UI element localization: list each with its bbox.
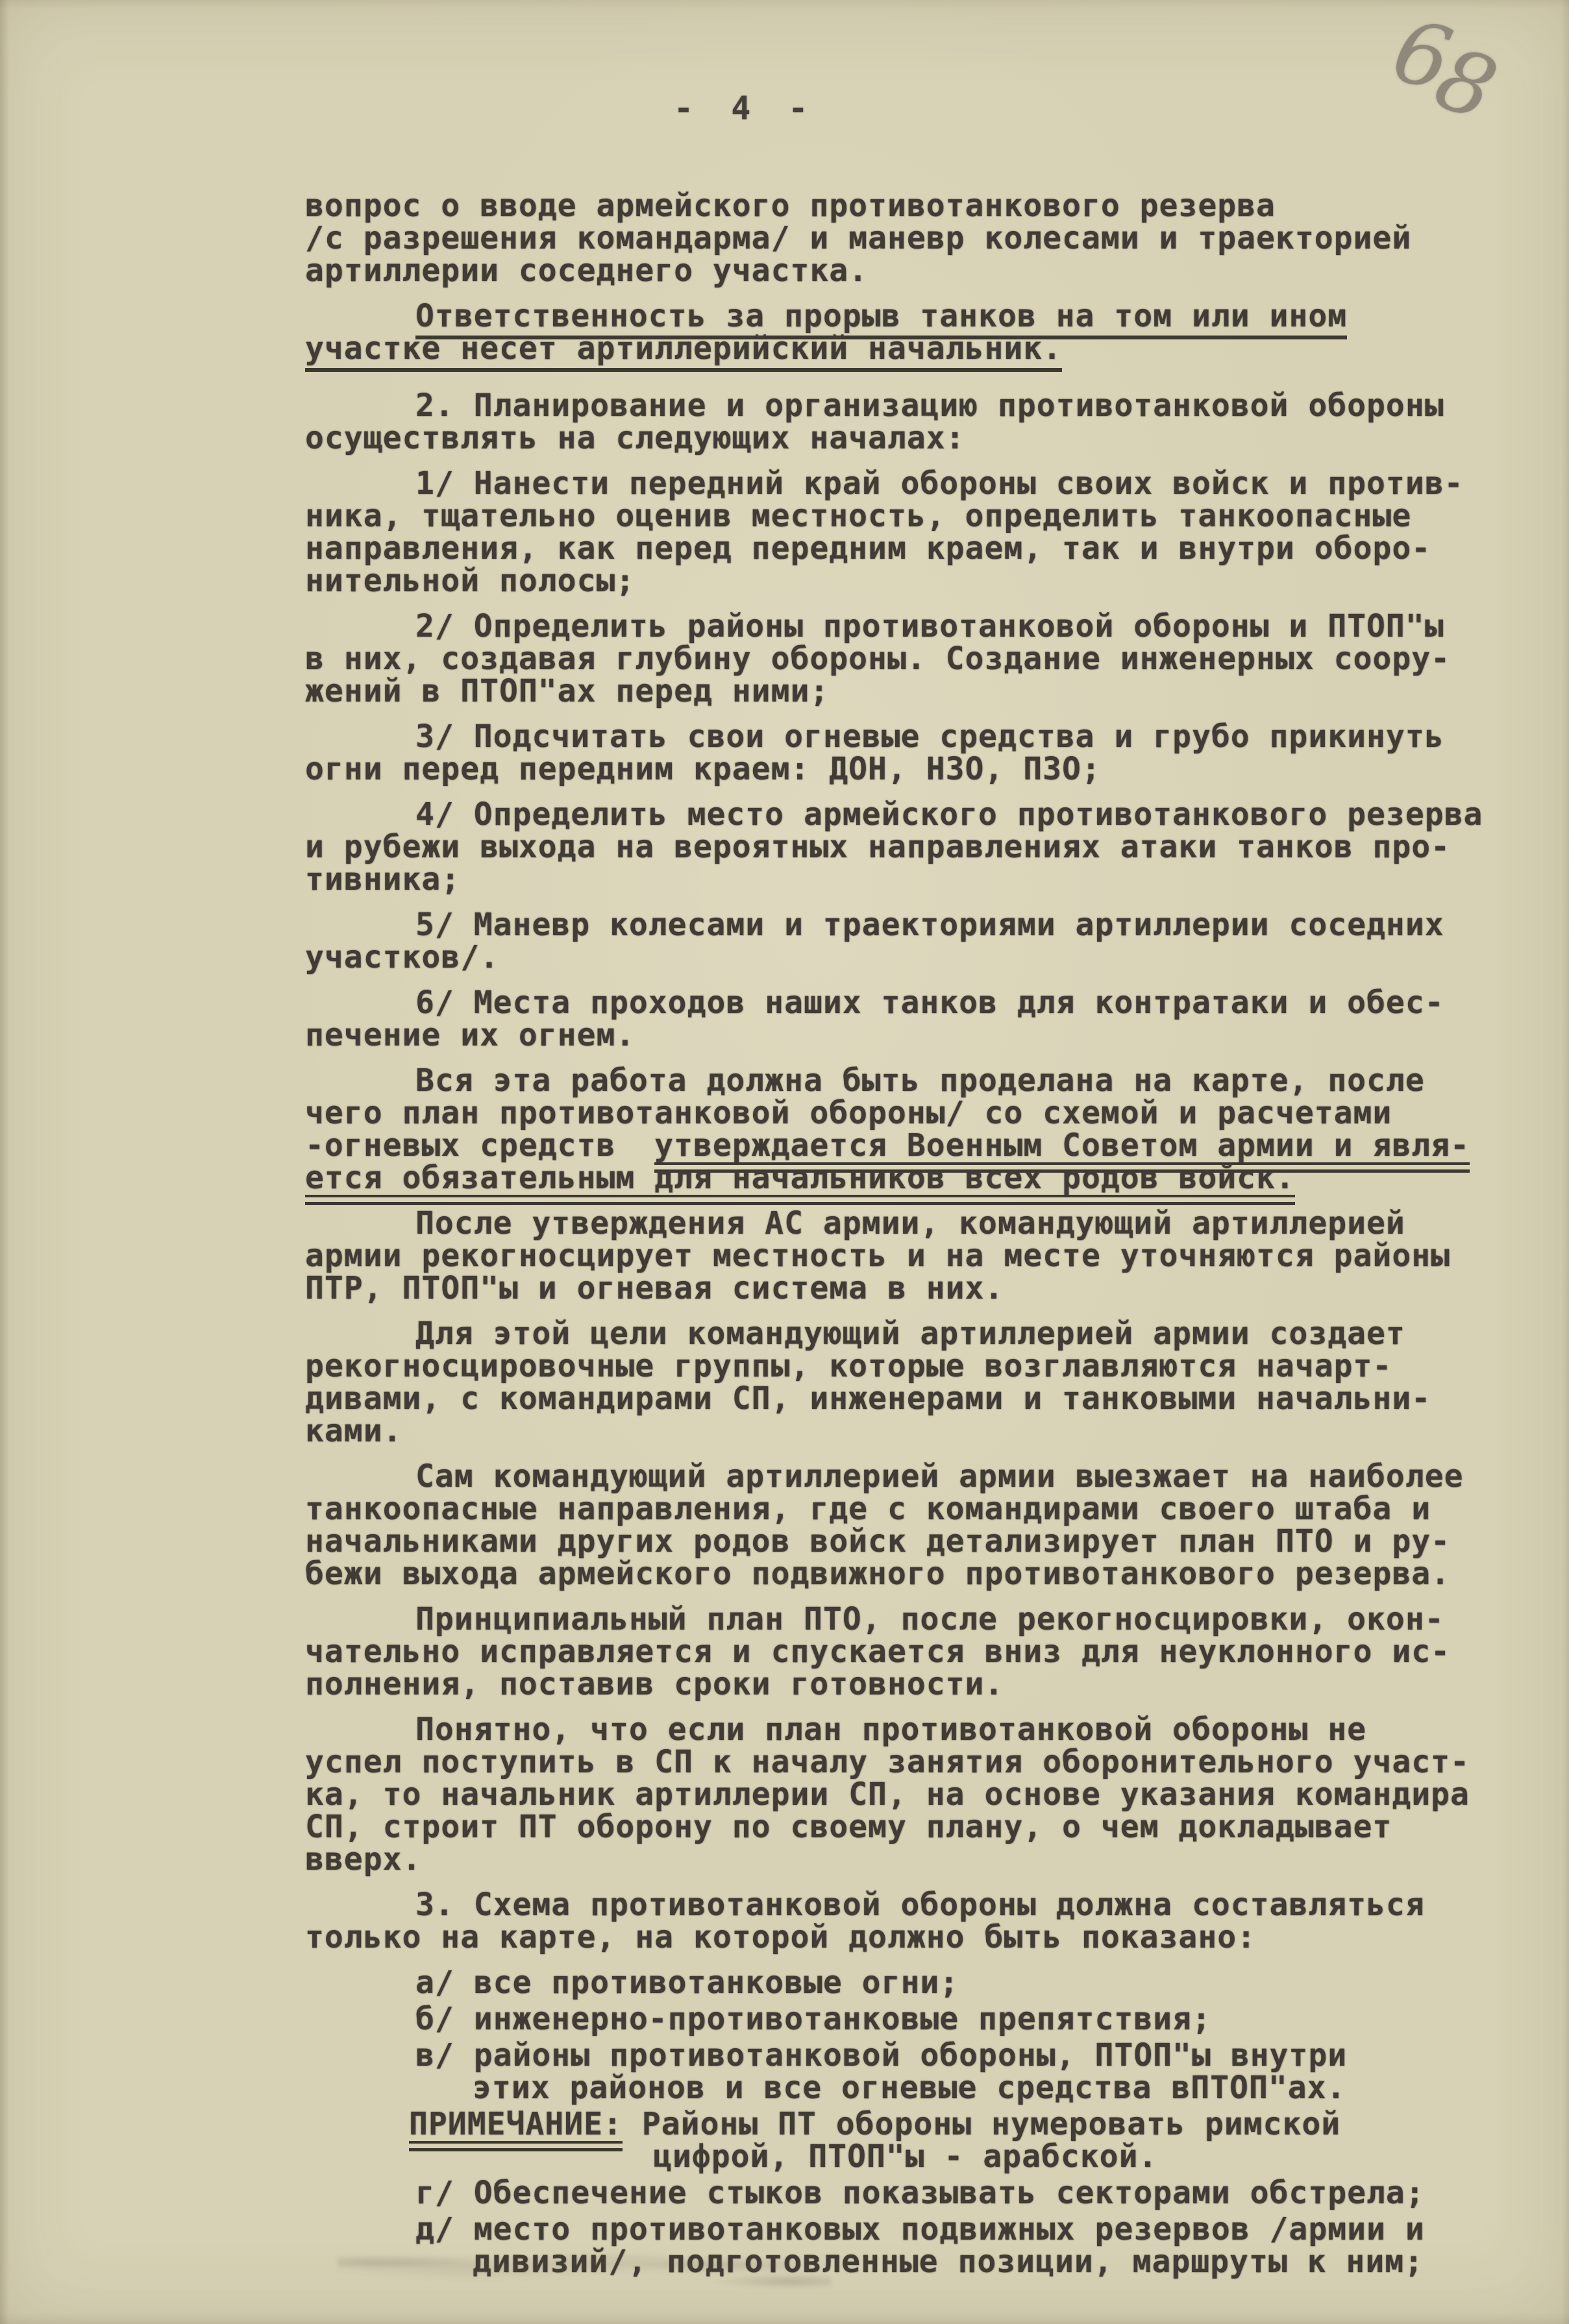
text-line: осуществлять на следующих началах: xyxy=(305,422,1538,454)
text-line: г/ Обеспечение стыков показывать сектора… xyxy=(305,2177,1538,2209)
text-line: СП, строит ПТ оборону по своему плану, о… xyxy=(305,1811,1538,1843)
text-line: Сам командующий артиллерией армии выезжа… xyxy=(305,1460,1538,1493)
underlined-text: участке несет артиллерийский начальник. xyxy=(305,330,1062,372)
text-line: дивами, с командирами СП, инженерами и т… xyxy=(305,1382,1538,1415)
text-line: 1/ Нанести передний край обороны своих в… xyxy=(305,467,1538,500)
text-line: успел поступить в СП к началу занятия об… xyxy=(305,1746,1538,1778)
underlined-text: ется обязательным для начальников всех р… xyxy=(305,1160,1295,1205)
text-line: этих районов и все огневые средства вПТО… xyxy=(305,2072,1538,2104)
text-line: участков/. xyxy=(305,941,1538,973)
text-line: 2. Планирование и организацию противотан… xyxy=(305,389,1538,422)
text-line: Понятно, что если план противотанковой о… xyxy=(305,1713,1538,1746)
handwritten-page-number: 68 xyxy=(1385,8,1501,115)
text-line: начальниками других родов войск детализи… xyxy=(305,1525,1538,1558)
text-line: вверх. xyxy=(305,1843,1538,1876)
text-line: а/ все противотанковые огни; xyxy=(305,1966,1538,1999)
text-line: бежи выхода армейского подвижного против… xyxy=(305,1558,1538,1590)
page-number: - 4 - xyxy=(674,90,817,127)
text-line: жений в ПТОП"ах перед ними; xyxy=(305,675,1538,707)
text-line: После утверждения АС армии, командующий … xyxy=(305,1207,1538,1240)
list-item-b: б/ инженерно-противотанковые препятствия… xyxy=(305,2003,1538,2035)
text-line: вопрос о вводе армейского противотанково… xyxy=(305,190,1538,222)
text-line: 4/ Определить место армейского противота… xyxy=(305,798,1538,831)
text-line: 2/ Определить районы противотанковой обо… xyxy=(305,610,1538,642)
text-line: артиллерии соседнего участка. xyxy=(305,254,1538,287)
text-line: /с разрешения командарма/ и маневр колес… xyxy=(305,222,1538,254)
text-line: армии рекогносцирует местность и на мест… xyxy=(305,1240,1538,1272)
subitem-4: 4/ Определить место армейского противота… xyxy=(305,798,1538,896)
text-line: печение их огнем. xyxy=(305,1019,1538,1051)
text-line: 3/ Подсчитать свои огневые средства и гр… xyxy=(305,720,1538,753)
text-line: огни перед передним краем: ДОН, НЗО, ПЗО… xyxy=(305,753,1538,785)
text-line: ками. xyxy=(305,1415,1538,1447)
text-segment: -огневых средств xyxy=(305,1127,654,1164)
text-segment: Районы ПТ обороны нумеровать римской xyxy=(623,2106,1340,2142)
text-line: танкоопасные направления, где с командир… xyxy=(305,1493,1538,1525)
paragraph-recon-groups: Для этой цели командующий артиллерией ар… xyxy=(305,1317,1538,1447)
paragraph-commander-visits: Сам командующий артиллерией армии выезжа… xyxy=(305,1460,1538,1590)
text-line: рекогносцировочные группы, которые возгл… xyxy=(305,1350,1538,1382)
text-line: участке несет артиллерийский начальник. xyxy=(305,332,1538,365)
subitem-6: 6/ Места проходов наших танков для контр… xyxy=(305,986,1538,1051)
note-label-underlined: ПРИМЕЧАНИЕ: xyxy=(409,2106,623,2151)
faded-ink-smudge xyxy=(338,2238,831,2292)
list-item-v: в/ районы противотанковой обороны, ПТОП"… xyxy=(305,2039,1538,2104)
text-line: чательно исправляется и спускается вниз … xyxy=(305,1635,1538,1668)
note-block: ПРИМЕЧАНИЕ: Районы ПТ обороны нумеровать… xyxy=(305,2108,1538,2173)
text-line: Вся эта работа должна быть проделана на … xyxy=(305,1064,1538,1097)
text-line: 3. Схема противотанковой обороны должна … xyxy=(305,1889,1538,1921)
text-line: в них, создавая глубину обороны. Создани… xyxy=(305,642,1538,675)
text-line: Ответственность за прорыв танков на том … xyxy=(305,300,1538,332)
subitem-3: 3/ Подсчитать свои огневые средства и гр… xyxy=(305,720,1538,785)
text-line: чего план противотанковой обороны/ со сх… xyxy=(305,1097,1538,1129)
text-line: только на карте, на которой должно быть … xyxy=(305,1921,1538,1953)
text-line: ПРИМЕЧАНИЕ: Районы ПТ обороны нумеровать… xyxy=(305,2108,1538,2140)
paragraph-point-2: 2. Планирование и организацию противотан… xyxy=(305,389,1538,454)
text-line: нительной полосы; xyxy=(305,565,1538,597)
text-line: тивника; xyxy=(305,863,1538,896)
text-line: Принципиальный план ПТО, после рекогносц… xyxy=(305,1603,1538,1635)
text-line: 5/ Маневр колесами и траекториями артилл… xyxy=(305,909,1538,941)
text-line: ка, то начальник артиллерии СП, на основ… xyxy=(305,1778,1538,1811)
paragraph-principal-plan: Принципиальный план ПТО, после рекогносц… xyxy=(305,1603,1538,1700)
text-line: б/ инженерно-противотанковые препятствия… xyxy=(305,2003,1538,2035)
paragraph-intro-continuation: вопрос о вводе армейского противотанково… xyxy=(305,190,1538,287)
subitem-1: 1/ Нанести передний край обороны своих в… xyxy=(305,467,1538,597)
text-line: направления, как перед передним краем, т… xyxy=(305,532,1538,565)
text-line: 6/ Места проходов наших танков для контр… xyxy=(305,986,1538,1019)
text-line: полнения, поставив сроки готовности. xyxy=(305,1668,1538,1700)
paragraph-after-approval: После утверждения АС армии, командующий … xyxy=(305,1207,1538,1304)
text-line: ника, тщательно оценив местность, опреде… xyxy=(305,500,1538,532)
text-line: и рубежи выхода на вероятных направления… xyxy=(305,831,1538,863)
scanned-page: - 4 - 68 вопрос о вводе армейского проти… xyxy=(0,0,1569,2324)
paragraph-map-work: Вся эта работа должна быть проделана на … xyxy=(305,1064,1538,1194)
paragraph-fallback-plan: Понятно, что если план противотанковой о… xyxy=(305,1713,1538,1876)
document-body: вопрос о вводе армейского противотанково… xyxy=(305,190,1538,2282)
text-line: ПТР, ПТОП"ы и огневая система в них. xyxy=(305,1272,1538,1304)
list-item-a: а/ все противотанковые огни; xyxy=(305,1966,1538,1999)
list-item-g: г/ Обеспечение стыков показывать сектора… xyxy=(305,2177,1538,2209)
subitem-2: 2/ Определить районы противотанковой обо… xyxy=(305,610,1538,707)
paragraph-responsibility-statement: Ответственность за прорыв танков на том … xyxy=(305,300,1538,365)
text-line: -огневых средств утверждается Военным Со… xyxy=(305,1129,1538,1162)
subitem-5: 5/ Маневр колесами и траекториями артилл… xyxy=(305,909,1538,973)
paragraph-point-3: 3. Схема противотанковой обороны должна … xyxy=(305,1889,1538,1953)
text-line: Для этой цели командующий артиллерией ар… xyxy=(305,1317,1538,1350)
text-line: в/ районы противотанковой обороны, ПТОП"… xyxy=(305,2039,1538,2072)
